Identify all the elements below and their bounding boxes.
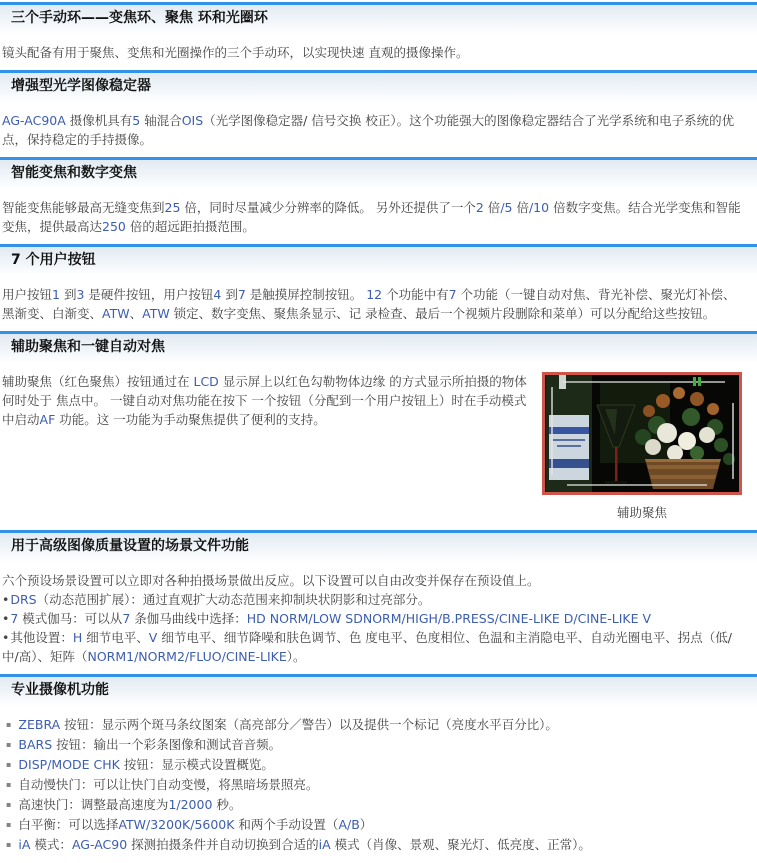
- lcd-preview-image: [542, 372, 742, 495]
- bullet-square-icon: ▪: [6, 795, 11, 814]
- pro-functions-list: ▪ZEBRA 按钮：显示两个斑马条纹图案（高亮部分／警告）以及提供一个标记（亮度…: [2, 715, 747, 854]
- section-header: 三个手动环——变焦环、聚焦 环和光圈环: [0, 2, 757, 33]
- list-item: ▪ZEBRA 按钮：显示两个斑马条纹图案（高亮部分／警告）以及提供一个标记（亮度…: [2, 715, 747, 734]
- section-header: 辅助聚焦和一键自动对焦: [0, 331, 757, 362]
- bullet-dot-icon: •: [2, 611, 9, 626]
- list-item: ▪自动慢快门：可以让快门自动变慢，将黑暗场景照亮。: [2, 775, 747, 794]
- list-item-text: 白平衡：可以选择ATW/3200K/5600K 和两个手动设置（A/B）: [18, 817, 372, 832]
- bullet-square-icon: ▪: [6, 775, 11, 794]
- list-item: ▪iA 模式：AG-AC90 探测拍摄条件并自动切换到合适的iA 模式（肖像、景…: [2, 835, 747, 854]
- list-item-text: 自动慢快门：可以让快门自动变慢，将黑暗场景照亮。: [18, 777, 318, 792]
- section-zoom: 智能变焦和数字变焦 智能变焦能够最高无缝变焦到25 倍，同时尽量减少分辨率的降低…: [0, 157, 757, 244]
- list-item-text: DISP/MODE CHK 按钮：显示模式设置概览。: [18, 757, 273, 772]
- bullet-square-icon: ▪: [6, 835, 11, 854]
- section-paragraph: 镜头配备有用于聚焦、变焦和光圈操作的三个手动环，以实现快速 直观的摄像操作。: [2, 43, 747, 62]
- section-title: 增强型光学图像稳定器: [11, 78, 747, 94]
- section-body: 镜头配备有用于聚焦、变焦和光圈操作的三个手动环，以实现快速 直观的摄像操作。: [0, 33, 757, 70]
- section-body: 六个预设场景设置可以立即对各种拍摄场景做出反应。以下设置可以自由改变并保存在预设…: [0, 561, 757, 674]
- section-intro: 六个预设场景设置可以立即对各种拍摄场景做出反应。以下设置可以自由改变并保存在预设…: [2, 571, 747, 590]
- section-manual-rings: 三个手动环——变焦环、聚焦 环和光圈环 镜头配备有用于聚焦、变焦和光圈操作的三个…: [0, 2, 757, 70]
- section-title: 专业摄像机功能: [11, 682, 747, 698]
- section-header: 7 个用户按钮: [0, 244, 757, 275]
- section-body: 辅助聚焦 辅助聚焦（红色聚焦）按钮通过在 LCD 显示屏上以红色勾勒物体边缘 的…: [0, 362, 757, 530]
- focus-assist-scene: [545, 375, 739, 492]
- list-item: ▪DISP/MODE CHK 按钮：显示模式设置概览。: [2, 755, 747, 774]
- section-header: 增强型光学图像稳定器: [0, 70, 757, 101]
- section-paragraph: 智能变焦能够最高无缝变焦到25 倍，同时尽量减少分辨率的降低。 另外还提供了一个…: [2, 198, 747, 236]
- section-header: 用于高级图像质量设置的场景文件功能: [0, 530, 757, 561]
- section-body: AG-AC90A 摄像机具有5 轴混合OIS（光学图像稳定器/ 信号交换 校正）…: [0, 101, 757, 157]
- list-item: •7 模式伽马：可以从7 条伽马曲线中选择：HD NORM/LOW SDNORM…: [2, 609, 747, 628]
- list-item-text: DRS（动态范围扩展）：通过直观扩大动态范围来抑制块状阴影和过亮部分。: [10, 592, 430, 607]
- list-item-text: 高速快门：调整最高速度为1/2000 秒。: [18, 797, 241, 812]
- bullet-square-icon: ▪: [6, 715, 11, 734]
- section-focus-assist: 辅助聚焦和一键自动对焦: [0, 331, 757, 530]
- focus-assist-figure: 辅助聚焦: [542, 372, 742, 522]
- section-scene-files: 用于高级图像质量设置的场景文件功能 六个预设场景设置可以立即对各种拍摄场景做出反…: [0, 530, 757, 674]
- section-header: 智能变焦和数字变焦: [0, 157, 757, 188]
- list-item-text: iA 模式：AG-AC90 探测拍摄条件并自动切换到合适的iA 模式（肖像、景观…: [18, 837, 590, 852]
- bullet-square-icon: ▪: [6, 755, 11, 774]
- section-title: 三个手动环——变焦环、聚焦 环和光圈环: [11, 10, 747, 26]
- wine-bottle: [546, 375, 592, 492]
- section-body: 智能变焦能够最高无缝变焦到25 倍，同时尽量减少分辨率的降低。 另外还提供了一个…: [0, 188, 757, 244]
- product-feature-page: 三个手动环——变焦环、聚焦 环和光圈环 镜头配备有用于聚焦、变焦和光圈操作的三个…: [0, 0, 757, 863]
- list-item: ▪白平衡：可以选择ATW/3200K/5600K 和两个手动设置（A/B）: [2, 815, 747, 834]
- section-user-buttons: 7 个用户按钮 用户按钮1 到3 是硬件按钮，用户按钮4 到7 是触摸屏控制按钮…: [0, 244, 757, 331]
- bullet-dot-icon: •: [2, 630, 9, 645]
- section-image-stabilizer: 增强型光学图像稳定器 AG-AC90A 摄像机具有5 轴混合OIS（光学图像稳定…: [0, 70, 757, 157]
- section-body: 用户按钮1 到3 是硬件按钮，用户按钮4 到7 是触摸屏控制按钮。 12 个功能…: [0, 275, 757, 331]
- list-item-text: 其他设置：H 细节电平、V 细节电平、细节降噪和肤色调节、色 度电平、色度相位、…: [2, 630, 732, 664]
- bullet-square-icon: ▪: [6, 815, 11, 834]
- list-item-text: 7 模式伽马：可以从7 条伽马曲线中选择：HD NORM/LOW SDNORM/…: [10, 611, 651, 626]
- list-item: ▪BARS 按钮：输出一个彩条图像和测试音音频。: [2, 735, 747, 754]
- section-body: ▪ZEBRA 按钮：显示两个斑马条纹图案（高亮部分／警告）以及提供一个标记（亮度…: [0, 705, 757, 863]
- section-header: 专业摄像机功能: [0, 674, 757, 705]
- list-item: •DRS（动态范围扩展）：通过直观扩大动态范围来抑制块状阴影和过亮部分。: [2, 590, 747, 609]
- section-title: 智能变焦和数字变焦: [11, 165, 747, 181]
- list-item-text: BARS 按钮：输出一个彩条图像和测试音音频。: [18, 737, 281, 752]
- section-title: 用于高级图像质量设置的场景文件功能: [11, 538, 747, 554]
- section-paragraph: 用户按钮1 到3 是硬件按钮，用户按钮4 到7 是触摸屏控制按钮。 12 个功能…: [2, 285, 747, 323]
- bullet-dot-icon: •: [2, 592, 9, 607]
- scene-settings-list: •DRS（动态范围扩展）：通过直观扩大动态范围来抑制块状阴影和过亮部分。 •7 …: [2, 590, 747, 666]
- section-title: 辅助聚焦和一键自动对焦: [11, 339, 747, 355]
- figure-caption: 辅助聚焦: [542, 503, 742, 522]
- bullet-square-icon: ▪: [6, 735, 11, 754]
- section-pro-functions: 专业摄像机功能 ▪ZEBRA 按钮：显示两个斑马条纹图案（高亮部分／警告）以及提…: [0, 674, 757, 863]
- list-item: •其他设置：H 细节电平、V 细节电平、细节降噪和肤色调节、色 度电平、色度相位…: [2, 628, 747, 666]
- section-title: 7 个用户按钮: [11, 252, 747, 268]
- list-item-text: ZEBRA 按钮：显示两个斑马条纹图案（高亮部分／警告）以及提供一个标记（亮度水…: [18, 717, 558, 732]
- list-item: ▪高速快门：调整最高速度为1/2000 秒。: [2, 795, 747, 814]
- section-paragraph: AG-AC90A 摄像机具有5 轴混合OIS（光学图像稳定器/ 信号交换 校正）…: [2, 111, 747, 149]
